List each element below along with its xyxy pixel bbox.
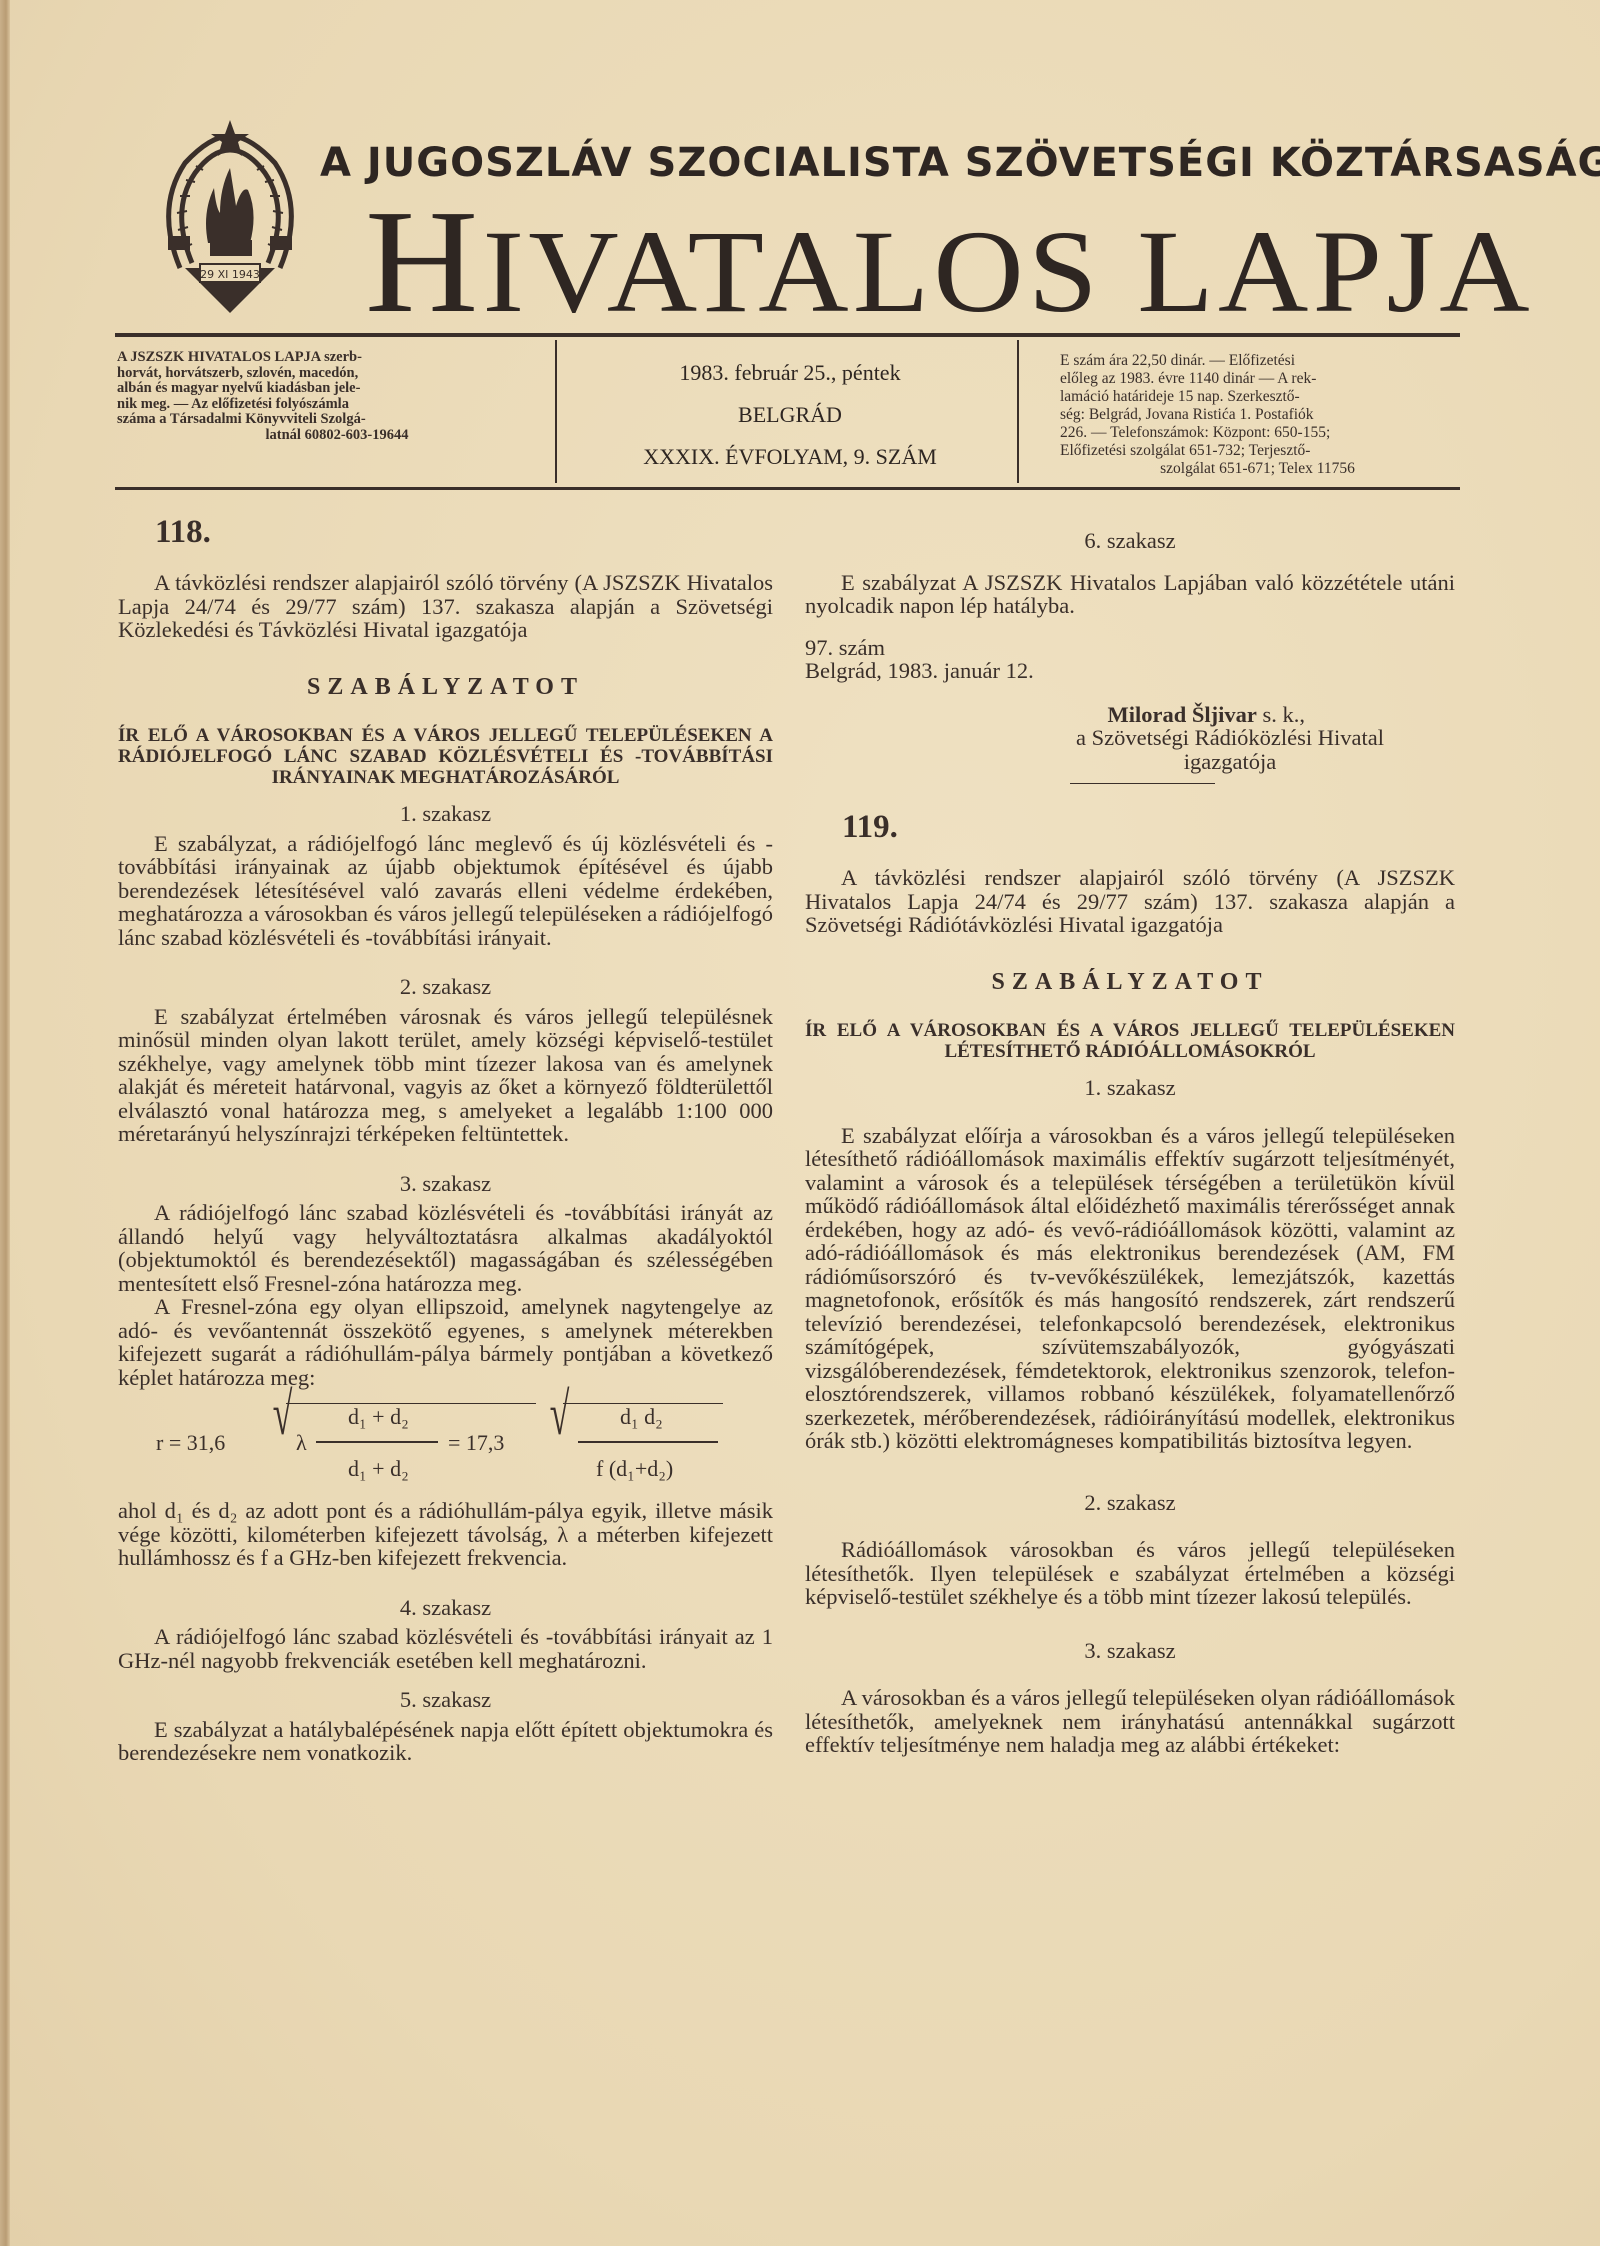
publication-title: HIVATALOS LAPJA xyxy=(365,188,1534,336)
act-preamble: A távközlési rendszer alapjairól szóló t… xyxy=(118,571,773,642)
signer: Milorad Šljivar s. k., xyxy=(805,703,1305,727)
act-separator xyxy=(1070,783,1215,784)
section-text: A rádiójelfogó lánc szabad közlésvételi … xyxy=(118,1201,773,1295)
masthead: 29 XI 1943 A JUGOSZLÁV SZOCIALISTA SZÖVE… xyxy=(140,118,1460,338)
header-issue-info: 1983. február 25., péntek BELGRÁD XXXIX.… xyxy=(570,352,1010,478)
act-heading: SZABÁLYZATOT xyxy=(118,676,773,700)
reference-number: 97. szám xyxy=(805,636,1455,660)
coat-of-arms-icon: 29 XI 1943 xyxy=(150,118,310,318)
section-title: 3. szakasz xyxy=(118,1172,773,1196)
act-subheading: ÍR ELŐ A VÁROSOKBAN ÉS A VÁROS JELLEGŰ T… xyxy=(118,725,773,788)
header-rule-bottom xyxy=(115,487,1460,490)
act-number: 118. xyxy=(155,515,773,549)
section-title: 1. szakasz xyxy=(805,1076,1455,1100)
reference-date: Belgrád, 1983. január 12. xyxy=(805,659,1455,683)
column-left: 118. A távközlési rendszer alapjairól sz… xyxy=(118,515,773,1765)
section-text: E szabályzat, a rádiójelfogó lánc meglev… xyxy=(118,832,773,950)
section-title: 4. szakasz xyxy=(118,1596,773,1620)
section-title: 1. szakasz xyxy=(118,802,773,826)
act-subheading: ÍR ELŐ A VÁROSOKBAN ÉS A VÁROS JELLEGŰ T… xyxy=(805,1020,1455,1062)
issue-volume: XXXIX. ÉVFOLYAM, 9. SZÁM xyxy=(570,436,1010,478)
section-text: E szabályzat előírja a városokban és a v… xyxy=(805,1124,1455,1453)
radical-icon: √ xyxy=(273,1403,293,1427)
issue-place: BELGRÁD xyxy=(570,394,1010,436)
section-text: A Fresnel-zóna egy olyan ellipszoid, ame… xyxy=(118,1295,773,1389)
section-title: 2. szakasz xyxy=(118,975,773,999)
section-title: 3. szakasz xyxy=(805,1639,1455,1663)
section-text: A városokban és a város jellegű települé… xyxy=(805,1686,1455,1757)
page-spine-edge xyxy=(0,0,10,2246)
header-publication-info: A JSZSZK HIVATALOS LAPJA szerb- horvát, … xyxy=(117,350,557,443)
column-right: 6. szakasz E szabályzat A JSZSZK Hivatal… xyxy=(805,525,1455,1757)
act-number: 119. xyxy=(842,810,1455,844)
section-title: 5. szakasz xyxy=(118,1688,773,1712)
section-text: E szabályzat értelmében városnak és váro… xyxy=(118,1005,773,1146)
section-title: 6. szakasz xyxy=(805,529,1455,553)
issue-date: 1983. február 25., péntek xyxy=(570,352,1010,394)
section-text: A rádiójelfogó lánc szabad közlésvételi … xyxy=(118,1625,773,1672)
header-divider xyxy=(555,340,557,483)
svg-text:29 XI 1943: 29 XI 1943 xyxy=(200,268,260,281)
section-text: E szabályzat a hatálybalépésének napja e… xyxy=(118,1718,773,1765)
header-divider xyxy=(1017,340,1019,483)
header-price-contact: E szám ára 22,50 dinár. — Előfizetési el… xyxy=(1060,352,1455,478)
section-title: 2. szakasz xyxy=(805,1491,1455,1515)
signer-role: a Szövetségi Rádióközlési Hivatal xyxy=(1005,726,1455,750)
act-preamble: A távközlési rendszer alapjairól szóló t… xyxy=(805,866,1455,937)
supertitle: A JUGOSZLÁV SZOCIALISTA SZÖVETSÉGI KÖZTÁ… xyxy=(320,140,1450,186)
radical-icon: √ xyxy=(550,1403,570,1427)
fresnel-formula: r = 31,6 √ λ d₁ + d₂ d₁ + d₂ = 17,3 √ d₁… xyxy=(118,1393,773,1493)
header-rule-top xyxy=(115,333,1460,337)
act-heading: SZABÁLYZATOT xyxy=(805,971,1455,995)
formula-explanation: ahol d₁ és d₂ az adott pont és a rádióhu… xyxy=(118,1499,773,1570)
section-text: Rádióállomások városokban és város jelle… xyxy=(805,1538,1455,1609)
signer-role: igazgatója xyxy=(1005,750,1455,774)
section-text: E szabályzat A JSZSZK Hivatalos Lapjában… xyxy=(805,571,1455,618)
